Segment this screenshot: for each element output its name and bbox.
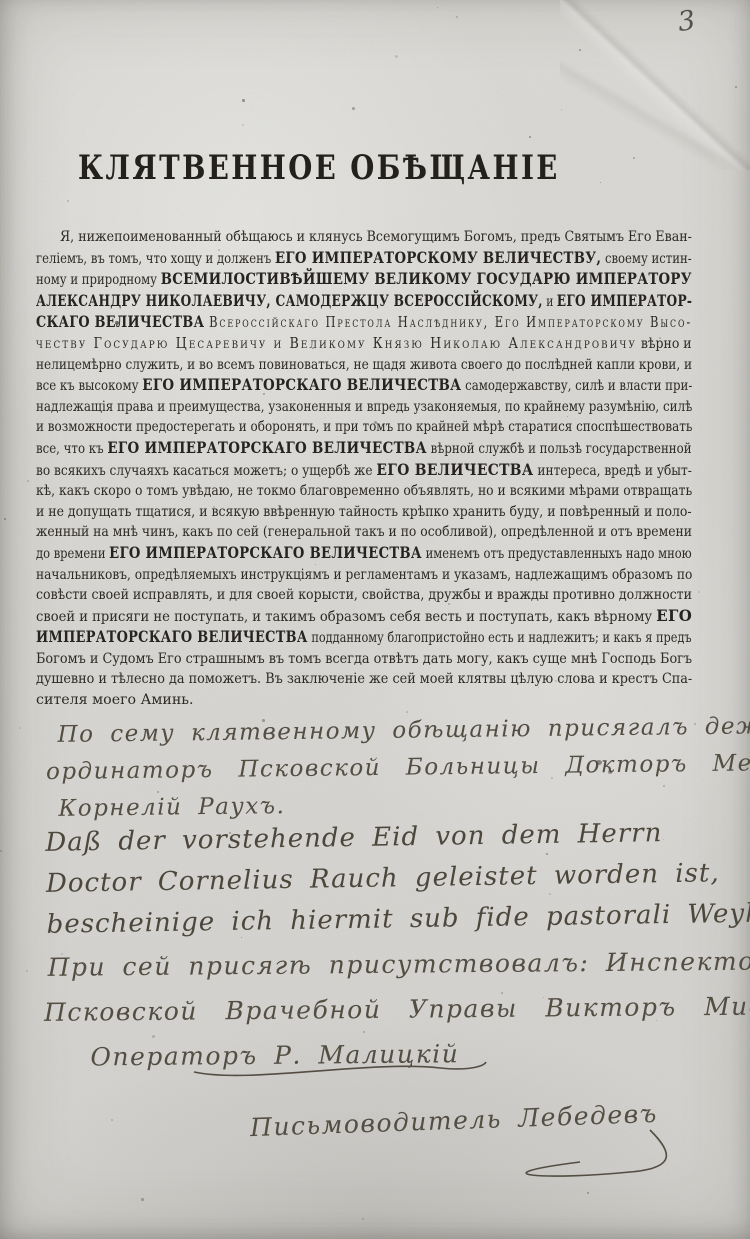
oath-line: до времени ЕГО ИМПЕРАТОРСКАГО ВЕЛИЧЕСТВА… [36, 543, 569, 565]
attestation-german-handwriting: Daß der vorstehende Eid von dem HerrnDoc… [45, 811, 750, 946]
attestation-russian-handwriting: По сему клятвенному обѣщанію присягалъ д… [57, 707, 750, 828]
oath-line: все, что къ ЕГО ИМПЕРАТОРСКАГО ВЕЛИЧЕСТВ… [36, 438, 580, 460]
oath-line: и не допущать тщатися, и всякую ввѣренну… [36, 502, 612, 523]
oath-line: АЛЕКСАНДРУ НИКОЛАЕВИЧУ, САМОДЕРЖЦУ ВСЕРО… [36, 291, 530, 313]
oath-line: честву Государю Цесаревичу и Великому Кн… [36, 334, 614, 355]
oath-line: Богомъ и Судомъ Его страшнымъ въ томъ вс… [36, 649, 630, 670]
handwriting-line: При сей присягѣ присутствовалъ: Инспекто… [47, 937, 750, 990]
oath-line: СКАГО ВЕЛИЧЕСТВА Всероссійскаго Престола… [36, 312, 556, 334]
witnesses-handwriting: При сей присягѣ присутствовалъ: Инспекто… [47, 937, 750, 1080]
signature-flourish [430, 1128, 710, 1188]
oath-line: и возможности предостерегать и оборонять… [36, 417, 589, 438]
document-title: КЛЯТВЕННОЕ ОБѢЩАНІЕ [78, 148, 560, 188]
clerk-signature: Письмоводитель Лебедевъ [250, 1099, 659, 1142]
document-page: 3 КЛЯТВЕННОЕ ОБѢЩАНІЕ Я, нижепоименованн… [0, 0, 750, 1239]
oath-line: надлежащія права и преимущества, узаконе… [36, 397, 586, 418]
oath-line: ИМПЕРАТОРСКАГО ВЕЛИЧЕСТВА подданному бла… [36, 627, 560, 649]
oath-line: совѣсти своей исправлять, и для своей ко… [36, 585, 616, 606]
oath-line: все къ высокому ЕГО ИМПЕРАТОРСКАГО ВЕЛИЧ… [36, 375, 579, 397]
oath-line: сителя моего Аминь. [36, 690, 692, 711]
oath-line: начальниковъ, опредѣляемыхъ инструкціямъ… [36, 565, 600, 586]
oath-line: во всякихъ случаяхъ касаться можетъ; о у… [36, 460, 599, 482]
page-number: 3 [676, 5, 697, 38]
oath-line: женный на мнѣ чинъ, какъ по сей (генерал… [36, 522, 608, 543]
oath-line: Я, нижепоименованный обѣщаюсь и клянусь … [36, 227, 619, 248]
oath-line: своей и присяги не поступать, и такимъ о… [36, 606, 642, 628]
oath-line: нелицемѣрно служить, и во всемъ повинова… [36, 355, 595, 376]
oath-body-text: Я, нижепоименованный обѣщаюсь и клянусь … [36, 227, 692, 711]
oath-line: геліемъ, въ томъ, что хощу и долженъ ЕГО… [36, 248, 574, 270]
oath-line: кѣ, какъ скоро о томъ увѣдаю, не токмо б… [36, 481, 608, 502]
handwriting-line: Псковской Врачебной Управы Викторъ Мидни… [44, 982, 750, 1035]
oath-line: душевно и тѣлесно да поможетъ. Въ заключ… [36, 669, 628, 690]
corner-crease [560, 0, 750, 170]
handwriting-line: Операторъ Р. Малицкій [90, 1027, 750, 1079]
oath-line: ному и природному ВСЕМИЛОСТИВѢЙШЕМУ ВЕЛИ… [36, 269, 574, 291]
clerk-signature-text: Письмоводитель Лебедевъ [250, 1099, 659, 1142]
